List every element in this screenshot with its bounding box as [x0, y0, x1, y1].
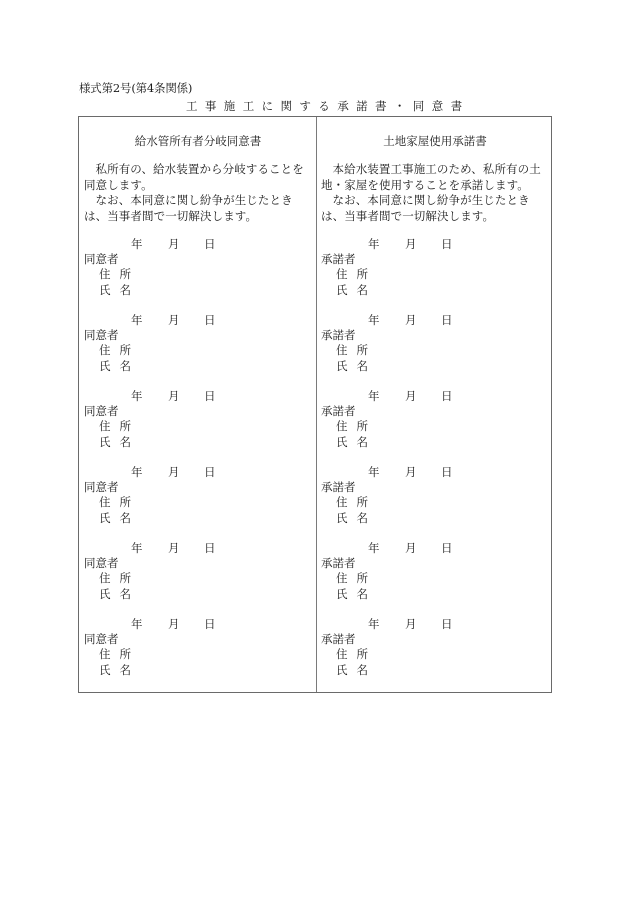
name-label-2: 名: [120, 435, 132, 450]
approval-title: 土地家屋使用承諾書: [321, 133, 549, 149]
address-label-2: 所: [357, 495, 369, 510]
role-label: 承諾者: [321, 404, 549, 419]
name-label-2: 名: [120, 283, 132, 298]
name-field[interactable]: 氏名: [321, 511, 549, 526]
date-line[interactable]: 年 月 日: [84, 617, 312, 632]
role-label: 同意者: [84, 404, 312, 419]
signature-block: 年 月 日 承諾者 住所 氏名: [321, 389, 549, 450]
address-label-1: 住: [336, 571, 348, 586]
role-label: 承諾者: [321, 556, 549, 571]
month-label: 月: [168, 617, 180, 632]
name-field[interactable]: 氏名: [84, 663, 312, 678]
approval-paragraph-1: 本給水装置工事施工のため、私所有の土地・家屋を使用することを承諾します。: [321, 162, 549, 193]
month-label: 月: [168, 237, 180, 252]
month-label: 月: [405, 389, 417, 404]
name-label-2: 名: [357, 663, 369, 678]
name-field[interactable]: 氏名: [84, 359, 312, 374]
name-label-1: 氏: [99, 359, 111, 374]
name-label-1: 氏: [99, 587, 111, 602]
address-label-2: 所: [357, 343, 369, 358]
role-label: 承諾者: [321, 632, 549, 647]
address-label-1: 住: [336, 343, 348, 358]
day-label: 日: [204, 617, 216, 632]
year-label: 年: [131, 237, 143, 252]
name-field[interactable]: 氏名: [321, 359, 549, 374]
name-field[interactable]: 氏名: [84, 283, 312, 298]
address-label-2: 所: [357, 571, 369, 586]
name-label-1: 氏: [99, 511, 111, 526]
date-line[interactable]: 年 月 日: [84, 237, 312, 252]
date-line[interactable]: 年 月 日: [321, 465, 549, 480]
name-label-1: 氏: [336, 435, 348, 450]
day-label: 日: [204, 237, 216, 252]
signature-block: 年 月 日 承諾者 住所 氏名: [321, 237, 549, 298]
address-label-2: 所: [120, 647, 132, 662]
consent-title: 給水管所有者分岐同意書: [84, 133, 312, 149]
year-label: 年: [368, 389, 380, 404]
address-label-2: 所: [120, 571, 132, 586]
year-label: 年: [368, 617, 380, 632]
address-field[interactable]: 住所: [84, 343, 312, 358]
address-field[interactable]: 住所: [84, 495, 312, 510]
date-line[interactable]: 年 月 日: [321, 237, 549, 252]
address-label-1: 住: [336, 495, 348, 510]
name-label-1: 氏: [336, 587, 348, 602]
month-label: 月: [405, 617, 417, 632]
day-label: 日: [441, 237, 453, 252]
role-label: 同意者: [84, 480, 312, 495]
name-field[interactable]: 氏名: [84, 511, 312, 526]
signature-block: 年 月 日 同意者 住所 氏名: [84, 617, 312, 678]
name-label-1: 氏: [99, 435, 111, 450]
day-label: 日: [441, 541, 453, 556]
signature-block: 年 月 日 同意者 住所 氏名: [84, 541, 312, 602]
address-field[interactable]: 住所: [84, 571, 312, 586]
year-label: 年: [368, 465, 380, 480]
address-label-1: 住: [99, 571, 111, 586]
month-label: 月: [405, 237, 417, 252]
address-field[interactable]: 住所: [321, 419, 549, 434]
year-label: 年: [131, 313, 143, 328]
consent-paragraph-2: なお、本同意に関し紛争が生じたときは、当事者間で一切解決します。: [84, 193, 312, 224]
signature-block: 年 月 日 承諾者 住所 氏名: [321, 617, 549, 678]
name-field[interactable]: 氏名: [84, 435, 312, 450]
name-label-2: 名: [357, 587, 369, 602]
address-field[interactable]: 住所: [84, 267, 312, 282]
consent-body: 私所有の、給水装置から分岐することを同意します。 なお、本同意に関し紛争が生じた…: [84, 162, 312, 224]
signature-block: 年 月 日 同意者 住所 氏名: [84, 313, 312, 374]
date-line[interactable]: 年 月 日: [84, 541, 312, 556]
month-label: 月: [168, 313, 180, 328]
address-label-1: 住: [99, 343, 111, 358]
year-label: 年: [368, 541, 380, 556]
month-label: 月: [405, 465, 417, 480]
name-label-1: 氏: [336, 359, 348, 374]
address-label-2: 所: [357, 267, 369, 282]
document-title: 工事施工に関する承諾書・同意書: [186, 98, 470, 114]
name-field[interactable]: 氏名: [321, 435, 549, 450]
name-field[interactable]: 氏名: [321, 587, 549, 602]
address-label-2: 所: [357, 419, 369, 434]
role-label: 承諾者: [321, 252, 549, 267]
day-label: 日: [204, 389, 216, 404]
address-label-2: 所: [120, 419, 132, 434]
role-label: 承諾者: [321, 480, 549, 495]
address-label-1: 住: [336, 647, 348, 662]
role-label: 同意者: [84, 632, 312, 647]
role-label: 同意者: [84, 556, 312, 571]
address-label-2: 所: [357, 647, 369, 662]
day-label: 日: [204, 313, 216, 328]
signature-block: 年 月 日 同意者 住所 氏名: [84, 389, 312, 450]
day-label: 日: [441, 389, 453, 404]
address-field[interactable]: 住所: [321, 647, 549, 662]
name-label-2: 名: [357, 283, 369, 298]
name-label-1: 氏: [99, 283, 111, 298]
form-frame: 給水管所有者分岐同意書 私所有の、給水装置から分岐することを同意します。 なお、…: [78, 116, 552, 693]
role-label: 同意者: [84, 328, 312, 343]
address-label-1: 住: [99, 267, 111, 282]
month-label: 月: [168, 465, 180, 480]
date-line[interactable]: 年 月 日: [321, 313, 549, 328]
name-label-1: 氏: [336, 511, 348, 526]
day-label: 日: [204, 541, 216, 556]
day-label: 日: [441, 617, 453, 632]
signature-block: 年 月 日 同意者 住所 氏名: [84, 465, 312, 526]
approval-column: 土地家屋使用承諾書 本給水装置工事施工のため、私所有の土地・家屋を使用することを…: [321, 117, 549, 692]
address-label-2: 所: [120, 495, 132, 510]
address-field[interactable]: 住所: [321, 495, 549, 510]
month-label: 月: [405, 313, 417, 328]
name-label-1: 氏: [336, 283, 348, 298]
year-label: 年: [131, 541, 143, 556]
form-number: 様式第2号(第4条関係): [79, 80, 192, 96]
month-label: 月: [168, 541, 180, 556]
name-label-2: 名: [120, 587, 132, 602]
name-label-2: 名: [357, 435, 369, 450]
address-field[interactable]: 住所: [84, 419, 312, 434]
name-label-2: 名: [357, 511, 369, 526]
name-field[interactable]: 氏名: [84, 587, 312, 602]
name-field[interactable]: 氏名: [321, 283, 549, 298]
address-label-1: 住: [99, 495, 111, 510]
name-label-2: 名: [120, 511, 132, 526]
address-field[interactable]: 住所: [321, 267, 549, 282]
address-label-1: 住: [336, 419, 348, 434]
address-label-1: 住: [99, 419, 111, 434]
address-field[interactable]: 住所: [321, 343, 549, 358]
address-label-1: 住: [336, 267, 348, 282]
date-line[interactable]: 年 月 日: [321, 617, 549, 632]
month-label: 月: [405, 541, 417, 556]
approval-body: 本給水装置工事施工のため、私所有の土地・家屋を使用することを承諾します。 なお、…: [321, 162, 549, 224]
day-label: 日: [441, 465, 453, 480]
role-label: 同意者: [84, 252, 312, 267]
day-label: 日: [204, 465, 216, 480]
signature-block: 年 月 日 承諾者 住所 氏名: [321, 465, 549, 526]
signature-block: 年 月 日 承諾者 住所 氏名: [321, 313, 549, 374]
date-line[interactable]: 年 月 日: [321, 541, 549, 556]
name-label-1: 氏: [336, 663, 348, 678]
year-label: 年: [368, 313, 380, 328]
address-label-1: 住: [99, 647, 111, 662]
name-label-1: 氏: [99, 663, 111, 678]
address-label-2: 所: [120, 343, 132, 358]
month-label: 月: [168, 389, 180, 404]
column-divider: [316, 117, 317, 692]
name-label-2: 名: [120, 663, 132, 678]
signature-block: 年 月 日 同意者 住所 氏名: [84, 237, 312, 298]
name-label-2: 名: [120, 359, 132, 374]
role-label: 承諾者: [321, 328, 549, 343]
date-line[interactable]: 年 月 日: [84, 465, 312, 480]
address-field[interactable]: 住所: [84, 647, 312, 662]
name-field[interactable]: 氏名: [321, 663, 549, 678]
address-label-2: 所: [120, 267, 132, 282]
date-line[interactable]: 年 月 日: [84, 313, 312, 328]
approval-paragraph-2: なお、本同意に関し紛争が生じたときは、当事者間で一切解決します。: [321, 193, 549, 224]
year-label: 年: [131, 389, 143, 404]
year-label: 年: [131, 465, 143, 480]
date-line[interactable]: 年 月 日: [321, 389, 549, 404]
consent-column: 給水管所有者分岐同意書 私所有の、給水装置から分岐することを同意します。 なお、…: [84, 117, 312, 692]
date-line[interactable]: 年 月 日: [84, 389, 312, 404]
signature-block: 年 月 日 承諾者 住所 氏名: [321, 541, 549, 602]
address-field[interactable]: 住所: [321, 571, 549, 586]
year-label: 年: [131, 617, 143, 632]
day-label: 日: [441, 313, 453, 328]
consent-paragraph-1: 私所有の、給水装置から分岐することを同意します。: [84, 162, 312, 193]
year-label: 年: [368, 237, 380, 252]
name-label-2: 名: [357, 359, 369, 374]
